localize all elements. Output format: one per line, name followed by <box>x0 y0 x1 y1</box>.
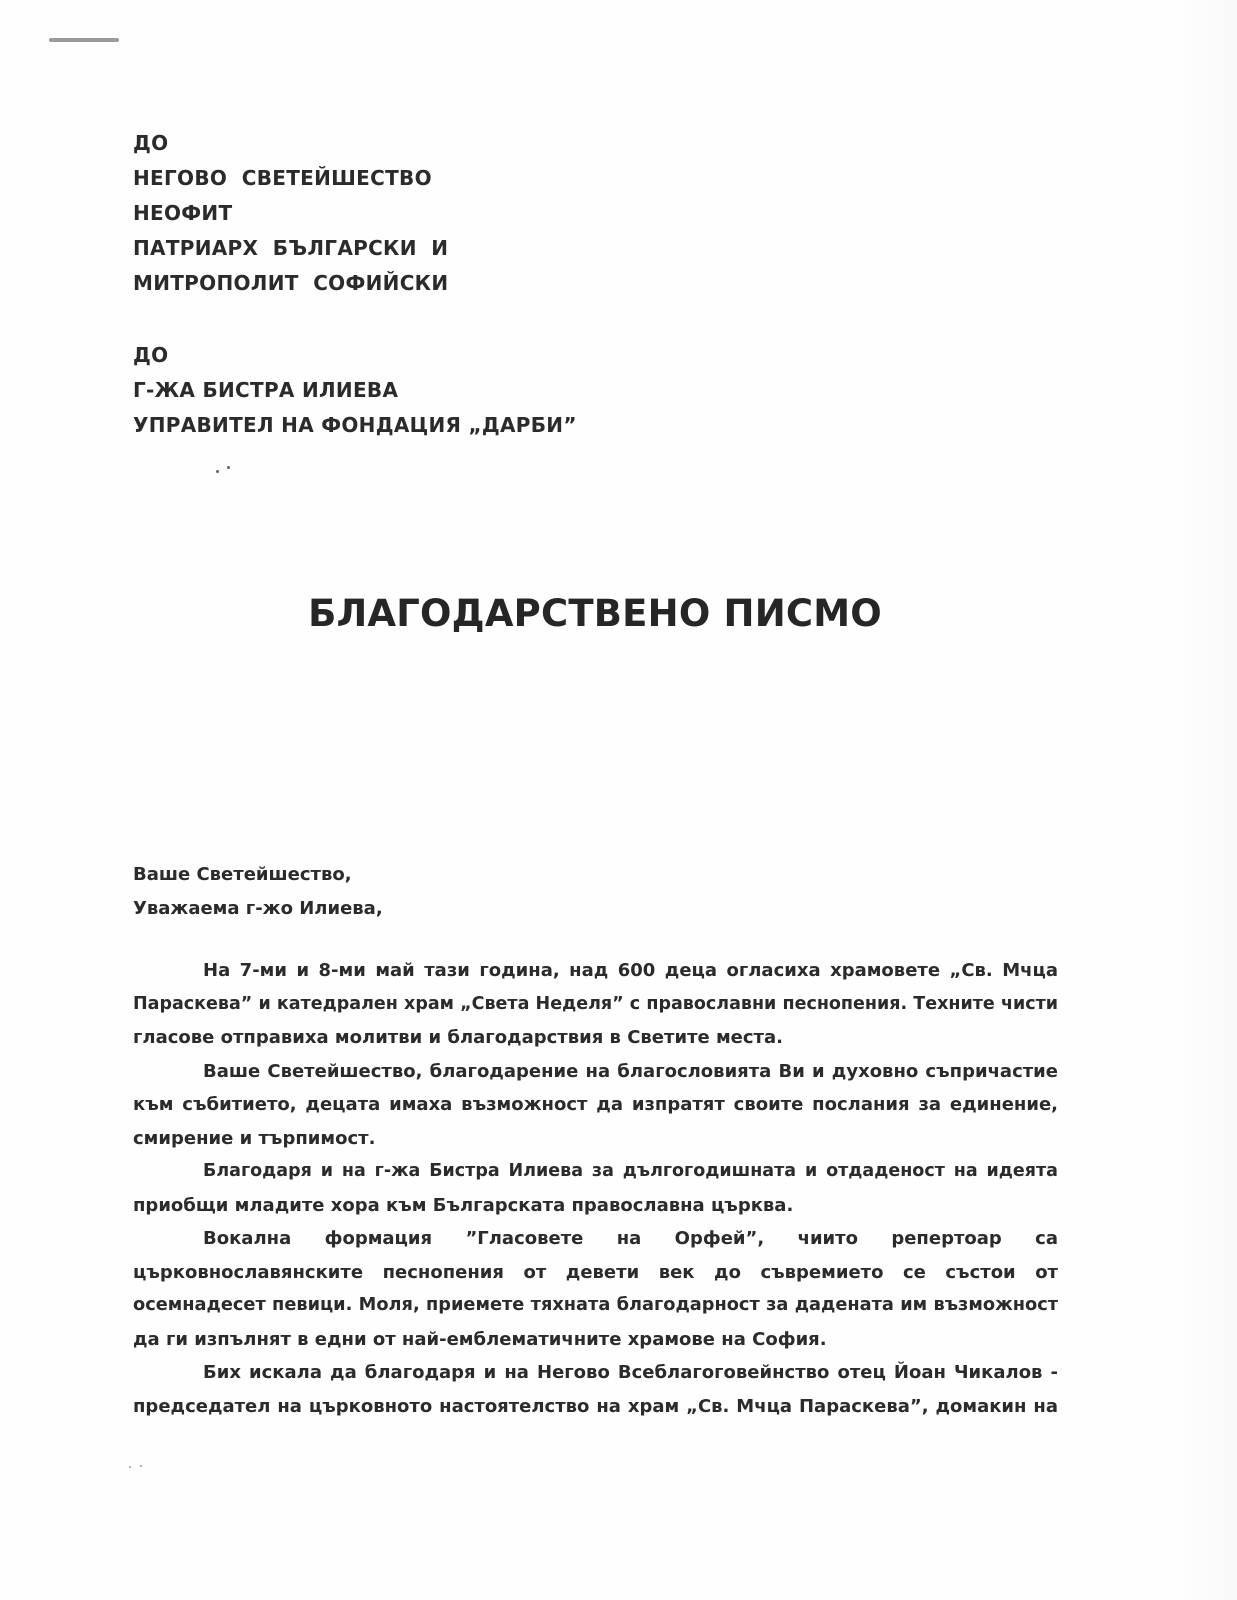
greeting-block: Ваше Светейшество, Уважаема г-жо Илиева, <box>133 858 383 926</box>
body-line: Бих искала да благодаря и на Негово Всеб… <box>133 1356 1058 1390</box>
recipient-line: ДО <box>133 126 448 161</box>
scan-mark <box>49 38 119 42</box>
body-line: Параскева” и катедрален храм „Света Неде… <box>133 988 1058 1022</box>
document-title: БЛАГОДАРСТВЕНО ПИСМО <box>0 592 1190 635</box>
recipient-line: ПАТРИАРХ БЪЛГАРСКИ И <box>133 231 448 266</box>
recipient-line: НЕОФИТ <box>133 196 448 231</box>
recipient-line: Г-ЖА БИСТРА ИЛИЕВА <box>133 373 577 408</box>
body-line: църковнославянските песнопения от девети… <box>133 1256 1058 1290</box>
scan-edge-shadow <box>1177 0 1237 1600</box>
body-line: приобщи младите хора към Българската пра… <box>133 1189 1058 1223</box>
body-line: гласове отправиха молитви и благодарстви… <box>133 1021 1058 1055</box>
recipient-line: УПРАВИТЕЛ НА ФОНДАЦИЯ „ДАРБИ” <box>133 408 577 443</box>
greeting-line: Ваше Светейшество, <box>133 858 383 892</box>
body-line: На 7-ми и 8-ми май тази година, над 600 … <box>133 954 1058 988</box>
body-line: да ги изпълнят в едни от най-емблематичн… <box>133 1323 1058 1357</box>
recipient-block-patriarch: ДО НЕГОВО СВЕТЕЙШЕСТВО НЕОФИТ ПАТРИАРХ Б… <box>133 126 448 301</box>
recipient-line: НЕГОВО СВЕТЕЙШЕСТВО <box>133 161 448 196</box>
body-line: Ваше Светейшество, благодарение на благо… <box>133 1055 1058 1089</box>
recipient-line: МИТРОПОЛИТ СОФИЙСКИ <box>133 266 448 301</box>
scan-speck <box>129 1466 131 1468</box>
body-line: Благодаря и на г-жа Бистра Илиева за дъл… <box>133 1155 1058 1189</box>
body-line: осемнадесет певици. Моля, приемете тяхна… <box>133 1289 1058 1323</box>
letter-body: На 7-ми и 8-ми май тази година, над 600 … <box>133 954 1058 1423</box>
recipient-block-foundation: ДО Г-ЖА БИСТРА ИЛИЕВА УПРАВИТЕЛ НА ФОНДА… <box>133 338 577 443</box>
body-line: председател на църковното настоятелство … <box>133 1390 1058 1424</box>
body-line: към събитието, децата имаха възможност д… <box>133 1088 1058 1122</box>
scan-speck <box>216 470 219 473</box>
scan-speck <box>227 466 230 469</box>
body-line: Вокална формация ”Гласовете на Орфей”, ч… <box>133 1222 1058 1256</box>
recipient-line: ДО <box>133 338 577 373</box>
body-line: смирение и търпимост. <box>133 1122 1058 1156</box>
scan-speck <box>140 1465 142 1467</box>
greeting-line: Уважаема г-жо Илиева, <box>133 892 383 926</box>
document-page: ДО НЕГОВО СВЕТЕЙШЕСТВО НЕОФИТ ПАТРИАРХ Б… <box>0 0 1237 1600</box>
